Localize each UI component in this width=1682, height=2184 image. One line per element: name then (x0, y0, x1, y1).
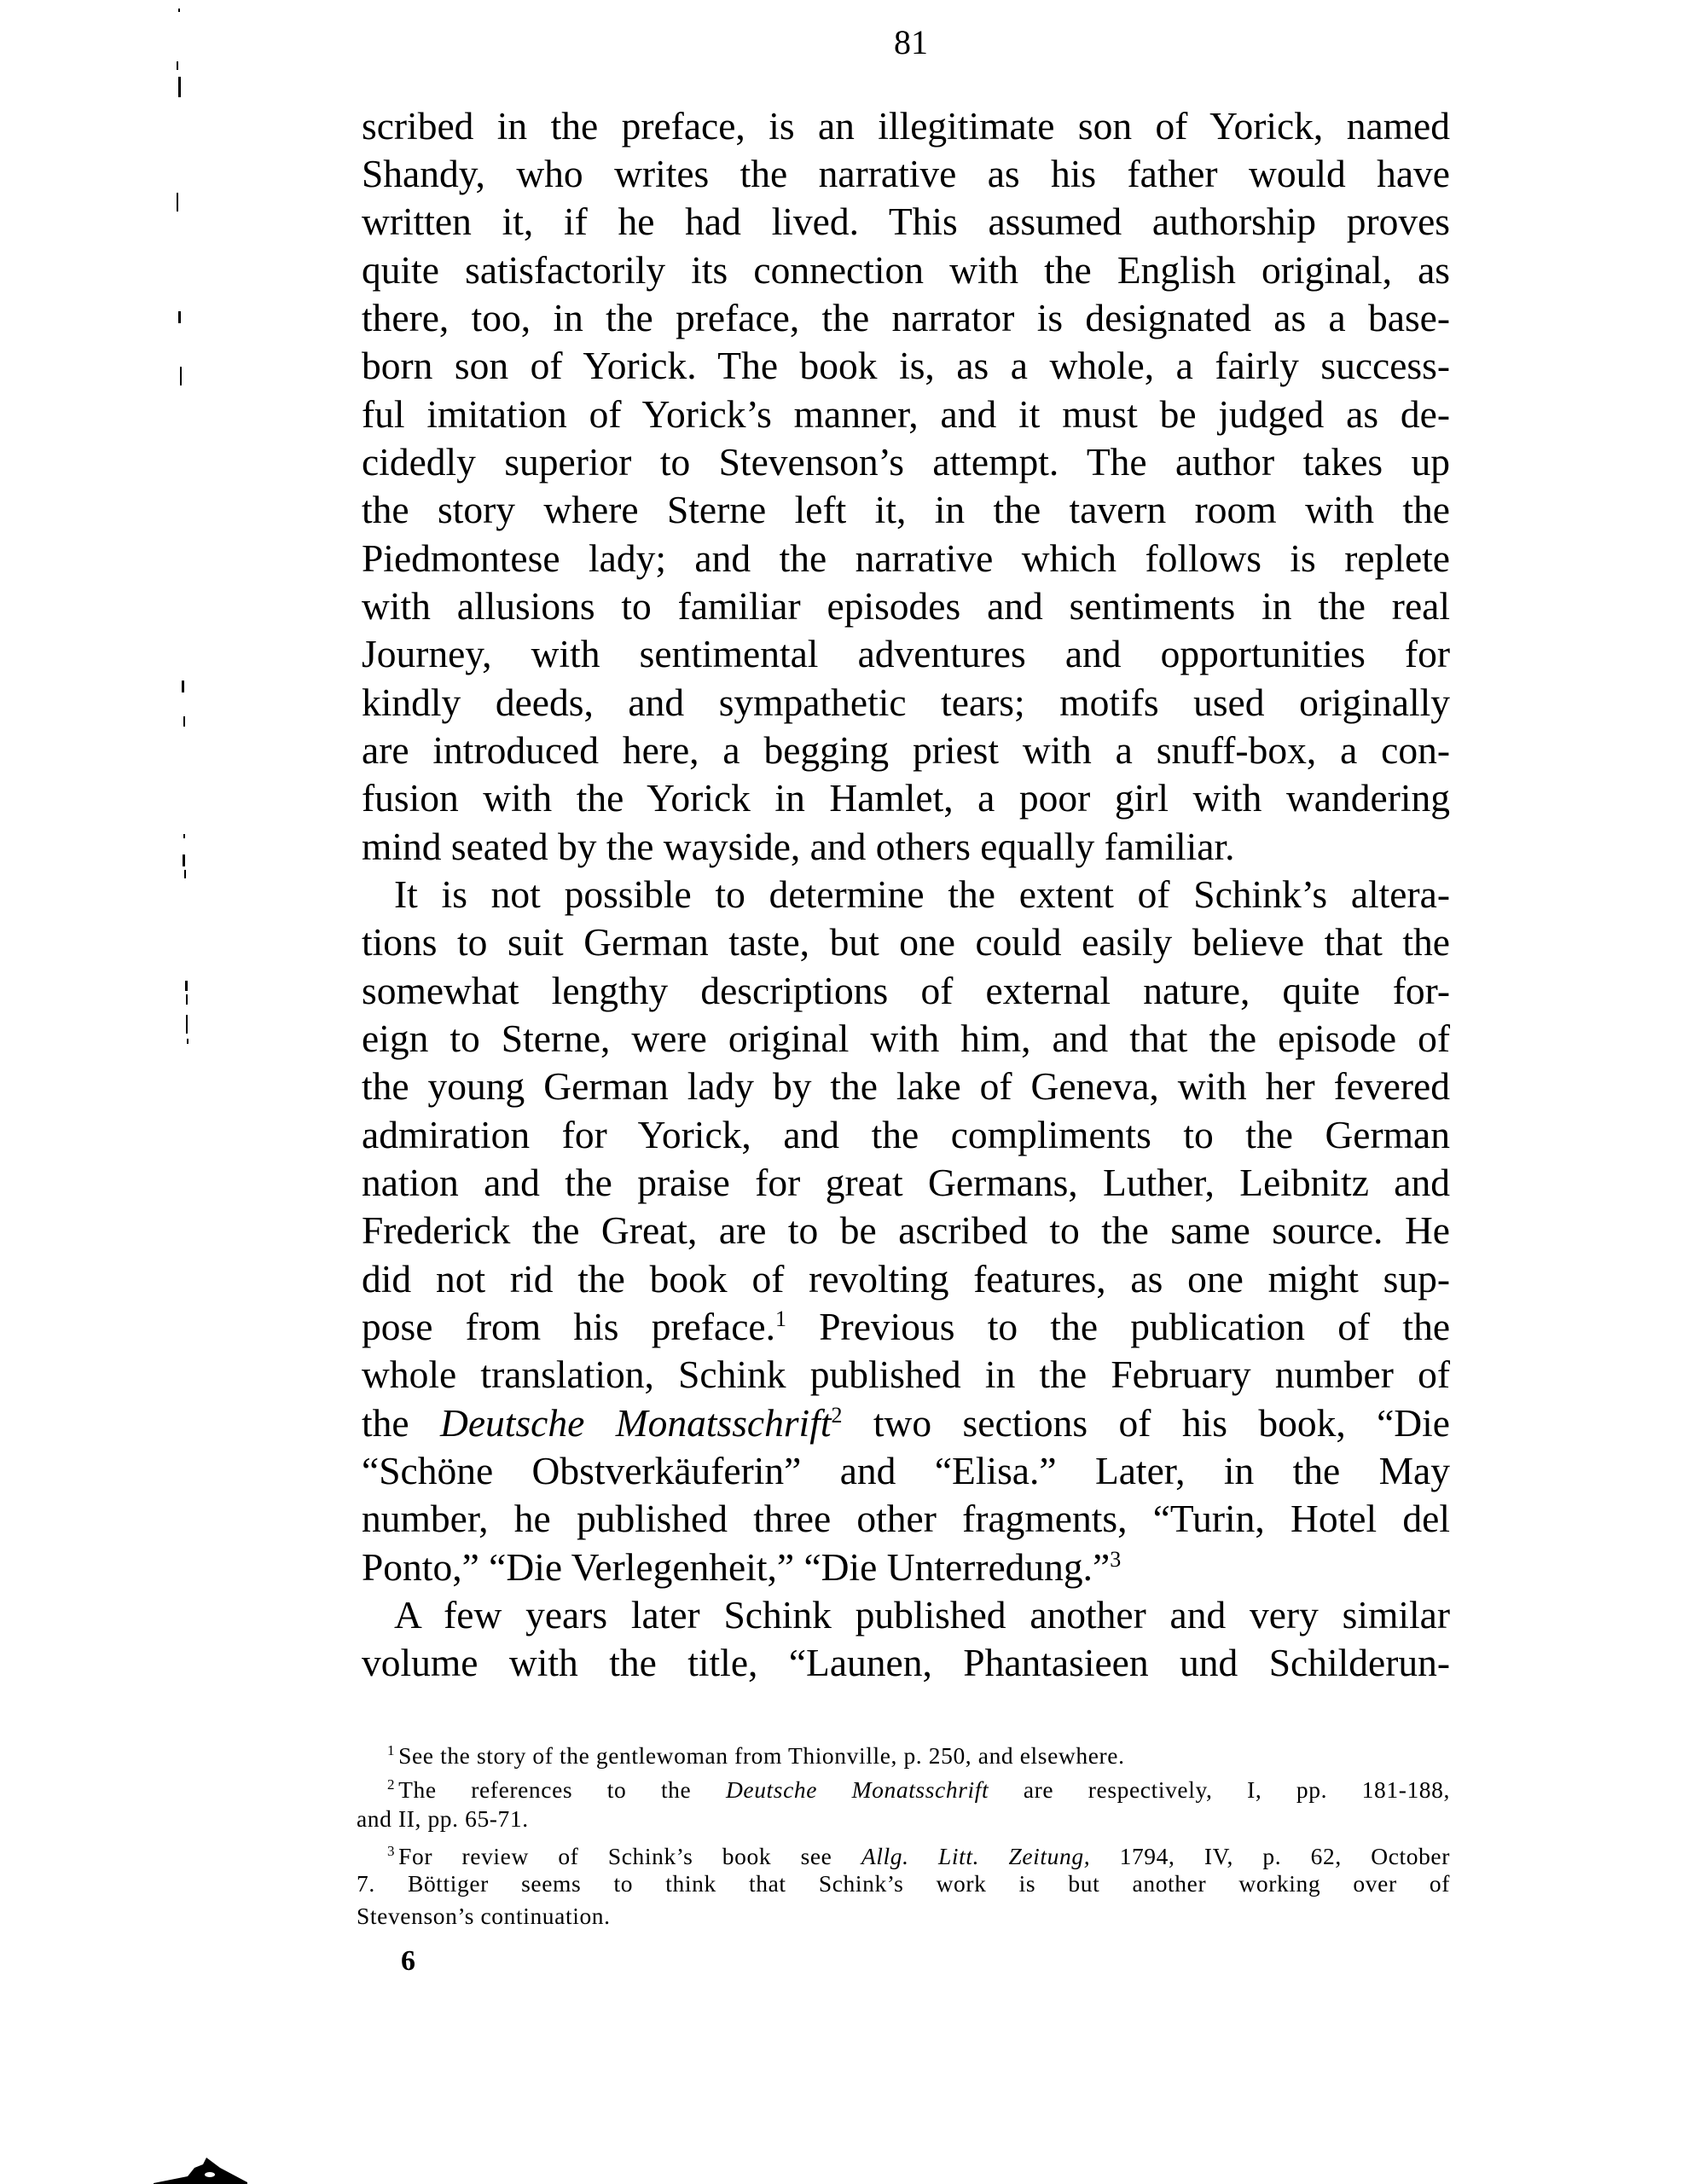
text-line: Piedmontese lady; and the narrative whic… (362, 535, 1450, 582)
text-segment: the (362, 1401, 409, 1445)
footnote-marker: 2 (387, 1776, 395, 1793)
text-line: the Deutsche Monatsschrift2 two sections… (362, 1399, 1450, 1447)
footnote-marker: 3 (387, 1843, 395, 1859)
footnote-3-cont: Stevenson’s continuation. (357, 1900, 1450, 1932)
text-line: fusion with the Yorick in Hamlet, a poor… (362, 774, 1450, 822)
footnote-text: For review of Schink’s book see (398, 1843, 832, 1869)
text-line: mind seated by the wayside, and others e… (362, 823, 1450, 871)
margin-mark (186, 994, 188, 1005)
text-line: Ponto,” “Die Verlegenheit,” “Die Unterre… (362, 1544, 1450, 1591)
text-segment: Previous to the publication of the (819, 1305, 1450, 1348)
text-line: whole translation, Schink published in t… (362, 1351, 1450, 1399)
margin-mark (177, 61, 178, 70)
text-line: pose from his preface.1 Previous to the … (362, 1303, 1450, 1351)
text-line: It is not possible to determine the exte… (362, 871, 1450, 918)
text-line: tions to suit German taste, but one coul… (362, 918, 1450, 966)
text-line: Shandy, who writes the narrative as his … (362, 150, 1450, 198)
footnote-ref[interactable]: 1 (775, 1306, 786, 1331)
italic-title: Deutsche Monatsschrift (440, 1401, 831, 1445)
text-segment: pose from his preface. (362, 1305, 775, 1348)
text-line: “Schöne Obstverkäuferin” and “Elisa.” La… (362, 1447, 1450, 1495)
text-line: scribed in the preface, is an illegitima… (362, 102, 1450, 150)
footnote-ref[interactable]: 3 (1110, 1547, 1121, 1572)
text-line: the young German lady by the lake of Gen… (362, 1063, 1450, 1110)
margin-mark (177, 193, 178, 211)
footnote-text: are respectively, I, pp. 181-188, (1024, 1776, 1450, 1803)
margin-mark (183, 716, 185, 727)
footnote-text: The references to the (398, 1776, 691, 1803)
text-segment: Ponto,” “Die Verlegenheit,” “Die Unterre… (362, 1545, 1110, 1589)
scan-artifact-icon (154, 2156, 247, 2184)
text-line: are introduced here, a begging priest wi… (362, 727, 1450, 774)
margin-mark (183, 854, 185, 866)
text-line: admiration for Yorick, and the complimen… (362, 1111, 1450, 1159)
text-line: volume with the title, “Launen, Phantasi… (362, 1639, 1450, 1687)
text-line: nation and the praise for great Germans,… (362, 1159, 1450, 1207)
text-line: number, he published three other fragmen… (362, 1495, 1450, 1543)
italic-title: Deutsche Monatsschrift (726, 1776, 989, 1803)
text-line: there, too, in the preface, the narrator… (362, 294, 1450, 342)
text-line: quite satisfactorily its connection with… (362, 246, 1450, 294)
footnote-text: 1794, IV, p. 62, October (1120, 1843, 1450, 1869)
footnote-text: See the story of the gentlewoman from Th… (398, 1742, 1124, 1769)
margin-mark (185, 981, 188, 991)
footnote-2: 2The references to the Deutsche Monatssc… (357, 1774, 1450, 1806)
text-line: cidedly superior to Stevenson’s attempt.… (362, 438, 1450, 486)
page-number: 81 (853, 26, 969, 60)
margin-mark (178, 77, 181, 97)
text-segment: two sections of his book, “Die (873, 1401, 1450, 1445)
margin-mark (182, 681, 184, 692)
margin-mark (180, 367, 182, 385)
text-line: A few years later Schink published anoth… (362, 1591, 1450, 1639)
text-line: born son of Yorick. The book is, as a wh… (362, 342, 1450, 390)
text-line: eign to Sterne, were original with him, … (362, 1015, 1450, 1063)
text-line: the story where Sterne left it, in the t… (362, 486, 1450, 534)
text-line: Frederick the Great, are to be ascribed … (362, 1207, 1450, 1254)
margin-mark (183, 834, 185, 838)
text-line: ful imitation of Yorick’s manner, and it… (362, 391, 1450, 438)
text-line: written it, if he had lived. This assume… (362, 198, 1450, 246)
text-line: with allusions to familiar episodes and … (362, 582, 1450, 630)
margin-mark (184, 870, 186, 878)
text-line: Journey, with sentimental adventures and… (362, 630, 1450, 678)
margin-mark (186, 1015, 188, 1034)
text-line: did not rid the book of revolting featur… (362, 1255, 1450, 1303)
margin-mark (178, 311, 181, 323)
margin-mark (178, 9, 180, 12)
margin-mark (187, 1039, 188, 1044)
book-page: 81 scribed in the preface, is an illegit… (0, 0, 1682, 2184)
footnote-ref[interactable]: 2 (831, 1403, 842, 1428)
text-line: kindly deeds, and sympathetic tears; mot… (362, 679, 1450, 727)
signature-mark: 6 (401, 1946, 415, 1977)
footnote-2-cont: and II, pp. 65-71. (357, 1803, 1450, 1835)
footnote-1: 1See the story of the gentlewoman from T… (357, 1740, 1450, 1772)
text-line: somewhat lengthy descriptions of externa… (362, 967, 1450, 1015)
italic-title: Allg. Litt. Zeitung, (861, 1843, 1090, 1869)
footnote-3-cont: 7. Böttiger seems to think that Schink’s… (357, 1868, 1450, 1900)
footnote-marker: 1 (387, 1742, 395, 1758)
